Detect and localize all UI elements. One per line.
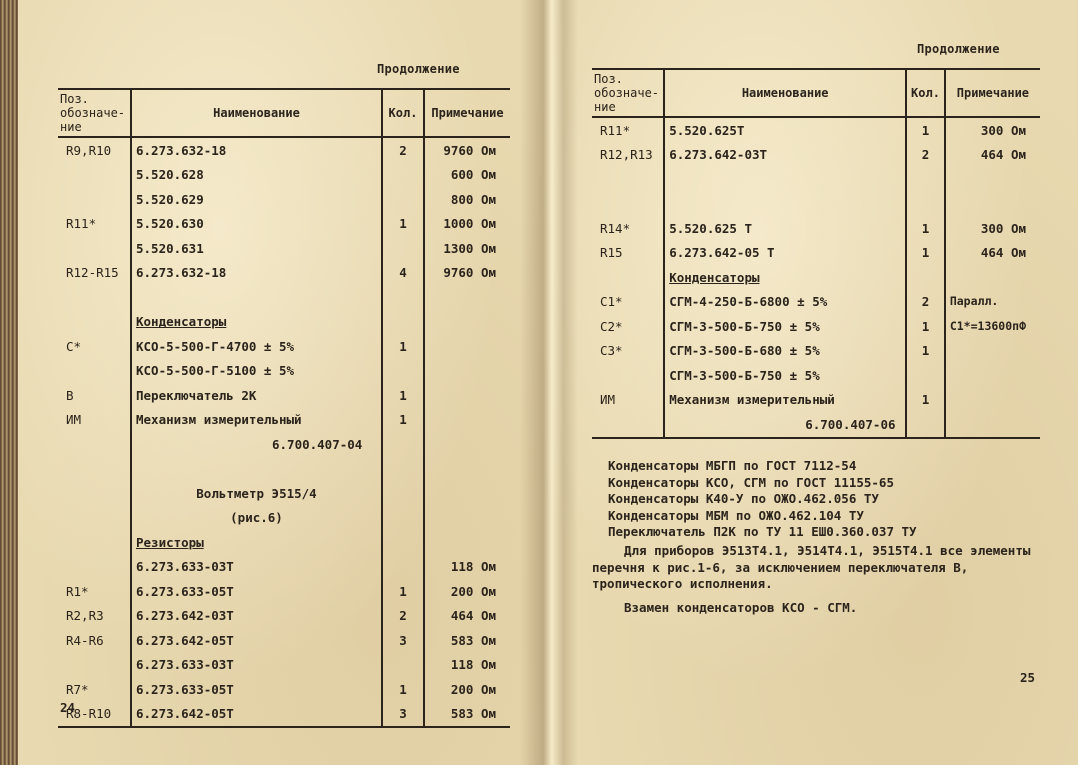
note-cell: C1*=13600пФ xyxy=(945,314,1040,339)
note-cell xyxy=(945,363,1040,388)
note-cell xyxy=(424,285,510,310)
note-cell: 118 Ом xyxy=(424,653,510,678)
table-row: 6.273.633-03Т118 Ом xyxy=(58,653,510,678)
table-row: ИММеханизм измерительный1 xyxy=(592,388,1040,413)
table-row: 5.520.629800 Ом xyxy=(58,187,510,212)
name-cell: 5.520.630 xyxy=(131,212,382,237)
qty-cell xyxy=(382,285,424,310)
note-cell xyxy=(424,506,510,531)
position-cell xyxy=(58,236,131,261)
header-pos: Поз. обозначе-ние xyxy=(592,69,664,117)
name-cell: Конденсаторы xyxy=(131,310,382,335)
position-cell: ИМ xyxy=(58,408,131,433)
name-cell: 6.273.642-05Т xyxy=(131,628,382,653)
name-cell: 6.273.633-05Т xyxy=(131,579,382,604)
table-row xyxy=(58,285,510,310)
table-row: R156.273.642-05 Т1464 Ом xyxy=(592,241,1040,266)
qty-cell: 1 xyxy=(906,117,945,143)
qty-cell xyxy=(382,359,424,384)
table-row: 5.520.628600 Ом xyxy=(58,163,510,188)
qty-cell: 2 xyxy=(906,290,945,315)
position-cell xyxy=(58,285,131,310)
name-cell: 6.273.633-03Т xyxy=(131,555,382,580)
note-cell xyxy=(945,192,1040,217)
name-cell: 6.273.642-03Т xyxy=(131,604,382,629)
book-gutter xyxy=(520,0,578,765)
qty-cell xyxy=(906,167,945,192)
table-row: R4-R66.273.642-05Т3583 Ом xyxy=(58,628,510,653)
position-cell: C* xyxy=(58,334,131,359)
table-row: R12-R156.273.632-1849760 Ом xyxy=(58,261,510,286)
name-cell: 6.700.407-04 xyxy=(131,432,382,457)
table-row: Резисторы xyxy=(58,530,510,555)
table-row: R12,R136.273.642-03Т2464 Ом xyxy=(592,143,1040,168)
name-cell: 6.273.633-03Т xyxy=(131,653,382,678)
position-cell xyxy=(592,167,664,192)
position-cell: R14* xyxy=(592,216,664,241)
note-cell: 300 Ом xyxy=(945,216,1040,241)
name-cell xyxy=(664,167,906,192)
name-cell: СГМ-3-500-Б-680 ± 5% xyxy=(664,339,906,364)
page-number: 25 xyxy=(1020,670,1035,685)
table-row: C1*СГМ-4-250-Б-6800 ± 5%2Паралл. xyxy=(592,290,1040,315)
note-cell: 1300 Ом xyxy=(424,236,510,261)
qty-cell: 2 xyxy=(906,143,945,168)
table-row xyxy=(58,457,510,482)
position-cell xyxy=(58,457,131,482)
name-cell: СГМ-3-500-Б-750 ± 5% xyxy=(664,363,906,388)
note-cell: 464 Ом xyxy=(945,143,1040,168)
header-note: Примечание xyxy=(424,89,510,137)
note-cell xyxy=(945,412,1040,438)
position-cell xyxy=(58,187,131,212)
position-cell xyxy=(592,192,664,217)
qty-cell: 1 xyxy=(382,579,424,604)
name-cell: 5.520.625 Т xyxy=(664,216,906,241)
table-row: КСО-5-500-Г-5100 ± 5% xyxy=(58,359,510,384)
note-cell: 464 Ом xyxy=(424,604,510,629)
position-cell: ИМ xyxy=(592,388,664,413)
qty-cell xyxy=(906,363,945,388)
footnote-line: Конденсаторы К40-У по ОЖО.462.056 ТУ xyxy=(608,491,917,508)
footnote-line: Конденсаторы КСО, СГМ по ГОСТ 11155-65 xyxy=(608,475,917,492)
name-cell: 5.520.629 xyxy=(131,187,382,212)
note-cell xyxy=(424,334,510,359)
position-cell: C3* xyxy=(592,339,664,364)
position-cell xyxy=(58,310,131,335)
paragraph-note: Для приборов Э513Т4.1, Э514Т4.1, Э515Т4.… xyxy=(592,543,1042,593)
qty-cell: 1 xyxy=(906,388,945,413)
name-cell: Механизм измерительный xyxy=(664,388,906,413)
qty-cell: 2 xyxy=(382,604,424,629)
position-cell: R12,R13 xyxy=(592,143,664,168)
qty-cell xyxy=(382,310,424,335)
left-page: Продолжение Поз. обозначе-ние Наименован… xyxy=(0,0,548,765)
table-row: R8-R106.273.642-05Т3583 Ом xyxy=(58,702,510,728)
header-pos: Поз. обозначе-ние xyxy=(58,89,131,137)
spec-table-left: Поз. обозначе-ние Наименование Кол. Прим… xyxy=(58,88,510,728)
position-cell: C1* xyxy=(592,290,664,315)
table-row: (рис.6) xyxy=(58,506,510,531)
qty-cell xyxy=(382,432,424,457)
position-cell: В xyxy=(58,383,131,408)
position-cell: R1* xyxy=(58,579,131,604)
table-row: R7*6.273.633-05Т1200 Ом xyxy=(58,677,510,702)
position-cell xyxy=(592,412,664,438)
name-cell: Механизм измерительный xyxy=(131,408,382,433)
position-cell: R12-R15 xyxy=(58,261,131,286)
note-cell: 800 Ом xyxy=(424,187,510,212)
note-cell: Паралл. xyxy=(945,290,1040,315)
note-cell xyxy=(424,359,510,384)
qty-cell xyxy=(382,530,424,555)
qty-cell xyxy=(382,506,424,531)
name-cell: КСО-5-500-Г-5100 ± 5% xyxy=(131,359,382,384)
header-name: Наименование xyxy=(131,89,382,137)
name-cell: Вольтметр Э515/4 xyxy=(131,481,382,506)
note-cell xyxy=(424,408,510,433)
paragraph-replacement: Взамен конденсаторов КСО - СГМ. xyxy=(624,600,857,617)
name-cell: Резисторы xyxy=(131,530,382,555)
table-row: Конденсаторы xyxy=(58,310,510,335)
table-row: R1*6.273.633-05Т1200 Ом xyxy=(58,579,510,604)
footnote-line: Переключатель П2К по ТУ 11 ЕШ0.360.037 Т… xyxy=(608,524,917,541)
position-cell: R15 xyxy=(592,241,664,266)
table-row: 5.520.6311300 Ом xyxy=(58,236,510,261)
note-cell xyxy=(424,383,510,408)
continuation-label: Продолжение xyxy=(377,62,460,76)
note-cell xyxy=(945,388,1040,413)
table-row xyxy=(592,192,1040,217)
note-cell xyxy=(424,481,510,506)
qty-cell xyxy=(382,187,424,212)
table-row: СГМ-3-500-Б-750 ± 5% xyxy=(592,363,1040,388)
table-row: 6.700.407-04 xyxy=(58,432,510,457)
table-row: ВПереключатель 2К1 xyxy=(58,383,510,408)
position-cell xyxy=(58,653,131,678)
name-cell: СГМ-4-250-Б-6800 ± 5% xyxy=(664,290,906,315)
qty-cell: 1 xyxy=(906,314,945,339)
position-cell: R11* xyxy=(592,117,664,143)
qty-cell xyxy=(382,457,424,482)
qty-cell: 1 xyxy=(906,339,945,364)
header-qty: Кол. xyxy=(906,69,945,117)
qty-cell: 3 xyxy=(382,702,424,728)
note-cell xyxy=(424,432,510,457)
page-number: 24 xyxy=(60,700,75,715)
qty-cell: 4 xyxy=(382,261,424,286)
table-row: 6.273.633-03Т118 Ом xyxy=(58,555,510,580)
footnote-line: Конденсаторы МБМ по ОЖО.462.104 ТУ xyxy=(608,508,917,525)
note-cell: 300 Ом xyxy=(945,117,1040,143)
note-cell: 118 Ом xyxy=(424,555,510,580)
name-cell xyxy=(131,285,382,310)
name-cell: 5.520.631 xyxy=(131,236,382,261)
position-cell xyxy=(58,530,131,555)
qty-cell: 2 xyxy=(382,137,424,163)
right-page: Продолжение Поз. обозначе-ние Наименован… xyxy=(548,0,1078,765)
position-cell: R11* xyxy=(58,212,131,237)
note-cell: 200 Ом xyxy=(424,677,510,702)
note-cell: 583 Ом xyxy=(424,628,510,653)
name-cell: Конденсаторы xyxy=(664,265,906,290)
note-cell: 200 Ом xyxy=(424,579,510,604)
note-cell xyxy=(424,457,510,482)
note-cell: 9760 Ом xyxy=(424,261,510,286)
table-row: R2,R36.273.642-03Т2464 Ом xyxy=(58,604,510,629)
qty-cell: 1 xyxy=(382,677,424,702)
note-cell xyxy=(945,167,1040,192)
name-cell xyxy=(664,192,906,217)
position-cell: R4-R6 xyxy=(58,628,131,653)
table-row: Вольтметр Э515/4 xyxy=(58,481,510,506)
table-row: 6.700.407-06 xyxy=(592,412,1040,438)
position-cell: C2* xyxy=(592,314,664,339)
note-cell: 583 Ом xyxy=(424,702,510,728)
book-page-edges xyxy=(0,0,18,765)
note-cell: 9760 Ом xyxy=(424,137,510,163)
table-row: R11*5.520.63011000 Ом xyxy=(58,212,510,237)
position-cell xyxy=(58,506,131,531)
qty-cell: 1 xyxy=(382,334,424,359)
qty-cell xyxy=(382,555,424,580)
table-row: Конденсаторы xyxy=(592,265,1040,290)
qty-cell: 1 xyxy=(906,216,945,241)
qty-cell xyxy=(906,192,945,217)
note-cell xyxy=(424,530,510,555)
name-cell: 6.273.632-18 xyxy=(131,137,382,163)
name-cell: 6.700.407-06 xyxy=(664,412,906,438)
position-cell xyxy=(592,265,664,290)
table-row: C*КСО-5-500-Г-4700 ± 5%1 xyxy=(58,334,510,359)
table-row: C3*СГМ-3-500-Б-680 ± 5%1 xyxy=(592,339,1040,364)
position-cell xyxy=(58,359,131,384)
table-row: ИММеханизм измерительный1 xyxy=(58,408,510,433)
position-cell: R9,R10 xyxy=(58,137,131,163)
qty-cell: 1 xyxy=(382,383,424,408)
footnote-line: Конденсаторы МБГП по ГОСТ 7112-54 xyxy=(608,458,917,475)
position-cell xyxy=(58,432,131,457)
qty-cell xyxy=(382,163,424,188)
qty-cell xyxy=(906,412,945,438)
name-cell: 6.273.642-05Т xyxy=(131,702,382,728)
spec-table-right: Поз. обозначе-ние Наименование Кол. Прим… xyxy=(592,68,1040,439)
table-row: R14*5.520.625 Т1300 Ом xyxy=(592,216,1040,241)
qty-cell xyxy=(382,653,424,678)
position-cell: R7* xyxy=(58,677,131,702)
note-cell xyxy=(945,339,1040,364)
name-cell: 6.273.642-03Т xyxy=(664,143,906,168)
qty-cell xyxy=(382,236,424,261)
name-cell: 6.273.632-18 xyxy=(131,261,382,286)
table-row: R11*5.520.625Т1300 Ом xyxy=(592,117,1040,143)
note-cell: 464 Ом xyxy=(945,241,1040,266)
position-cell xyxy=(592,363,664,388)
note-cell: 600 Ом xyxy=(424,163,510,188)
qty-cell xyxy=(906,265,945,290)
name-cell: 5.520.625Т xyxy=(664,117,906,143)
header-note: Примечание xyxy=(945,69,1040,117)
qty-cell: 1 xyxy=(382,408,424,433)
footnotes: Конденсаторы МБГП по ГОСТ 7112-54 Конден… xyxy=(608,458,917,541)
name-cell: 5.520.628 xyxy=(131,163,382,188)
position-cell: R2,R3 xyxy=(58,604,131,629)
name-cell: (рис.6) xyxy=(131,506,382,531)
position-cell xyxy=(58,481,131,506)
note-cell: 1000 Ом xyxy=(424,212,510,237)
qty-cell: 1 xyxy=(382,212,424,237)
name-cell: 6.273.642-05 Т xyxy=(664,241,906,266)
continuation-label: Продолжение xyxy=(917,42,1000,56)
name-cell: КСО-5-500-Г-4700 ± 5% xyxy=(131,334,382,359)
position-cell xyxy=(58,555,131,580)
header-name: Наименование xyxy=(664,69,906,117)
note-cell xyxy=(424,310,510,335)
table-row: R9,R106.273.632-1829760 Ом xyxy=(58,137,510,163)
qty-cell: 1 xyxy=(906,241,945,266)
position-cell xyxy=(58,163,131,188)
header-qty: Кол. xyxy=(382,89,424,137)
name-cell: Переключатель 2К xyxy=(131,383,382,408)
qty-cell xyxy=(382,481,424,506)
name-cell: 6.273.633-05Т xyxy=(131,677,382,702)
name-cell: СГМ-3-500-Б-750 ± 5% xyxy=(664,314,906,339)
qty-cell: 3 xyxy=(382,628,424,653)
table-row xyxy=(592,167,1040,192)
note-cell xyxy=(945,265,1040,290)
name-cell xyxy=(131,457,382,482)
table-row: C2*СГМ-3-500-Б-750 ± 5%1C1*=13600пФ xyxy=(592,314,1040,339)
